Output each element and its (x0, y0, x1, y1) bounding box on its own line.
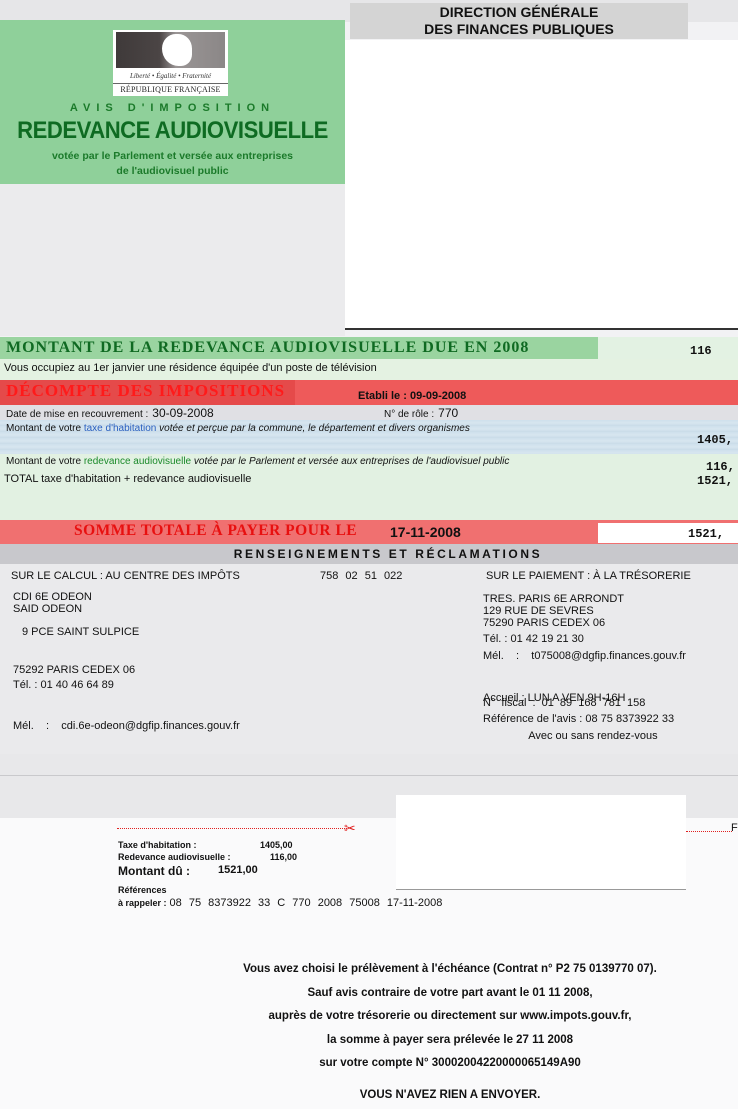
slip-redev-label: Redevance audiovisuelle : (118, 852, 231, 862)
document-subtitle: votée par le Parlement et versée aux ent… (0, 149, 345, 179)
calcul-address: 9 PCE SAINT SULPICE (22, 626, 139, 638)
notice-line-2: Sauf avis contraire de votre part avant … (180, 982, 720, 1006)
montant-label: MONTANT DE LA REDEVANCE AUDIOVISUELLE DU… (6, 339, 529, 357)
calcul-email[interactable]: Mél. : cdi.6e-odeon@dgfip.finances.gouv.… (13, 720, 240, 732)
notice-line-1: Vous avez choisi le prélèvement à l'éché… (180, 958, 720, 982)
taxe-habitation-value: 1405, (697, 433, 733, 447)
slip-montant-du: Montant dû : 1521,00 (118, 864, 190, 878)
paiement-heading: SUR LE PAIEMENT : À LA TRÉSORERIE (486, 570, 691, 582)
subtitle-line-1: votée par le Parlement et versée aux ent… (0, 149, 345, 164)
marianne-icon (116, 32, 225, 68)
calcul-heading: SUR LE CALCUL : AU CENTRE DES IMPÔTS (11, 570, 240, 582)
fold-line (0, 775, 738, 776)
taxe-habitation-keyword: taxe d'habitation (84, 423, 157, 434)
somme-totale-label: SOMME TOTALE À PAYER POUR LE (74, 522, 357, 540)
notice-nothing-to-send: VOUS N'AVEZ RIEN A ENVOYER. (180, 1089, 720, 1101)
calcul-city: 75292 PARIS CEDEX 06 (13, 664, 135, 676)
slip-references: à rappeler :08 75 8373922 33 C 770 2008 … (118, 897, 442, 909)
slip-refs-value: 08 75 8373922 33 C 770 2008 75008 17-11-… (170, 897, 443, 909)
date-mise-label: Date de mise en recouvrement : (6, 409, 148, 420)
numero-role: N° de rôle :770 (384, 406, 458, 420)
montant-bar-value-area (598, 337, 738, 359)
slip-taxe-label: Taxe d'habitation : (118, 840, 196, 850)
marianne-profile-icon (162, 34, 192, 66)
slip-refs-label: à rappeler : (118, 898, 167, 908)
address-window-blank (345, 40, 738, 330)
document-title: REDEVANCE AUDIOVISUELLE (14, 117, 331, 145)
slip-references-label: Références (118, 885, 167, 895)
paiement-email[interactable]: Mél. : t075008@dgfip.finances.gouv.fr (483, 650, 686, 662)
notice-line-4: la somme à payer sera prélevée le 27 11 … (180, 1029, 720, 1053)
paiement-hours: Accueil : LUN A VEN 9H-16H Avec ou sans … (483, 667, 658, 755)
republique-francaise-logo: Liberté • Égalité • Fraternité RÉPUBLIQU… (113, 30, 228, 96)
authority-line-2: DES FINANCES PUBLIQUES (350, 21, 688, 38)
calcul-name-line-2: SAID ODEON (13, 603, 92, 615)
calcul-name-line-1: CDI 6E ODEON (13, 591, 92, 603)
subtitle-line-2: de l'audiovisuel public (0, 164, 345, 179)
redevance-keyword: redevance audiovisuelle (84, 456, 191, 467)
date-mise-en-recouvrement: Date de mise en recouvrement :30-09-2008 (6, 406, 214, 420)
logo-republic: RÉPUBLIQUE FRANÇAISE (113, 83, 228, 94)
somme-totale-value: 1521, (688, 527, 724, 541)
numero-fiscal: N° fiscal : 01 89 168 781 158 (483, 697, 645, 709)
montant-note: Vous occupiez au 1er janvier une résiden… (4, 362, 377, 374)
taxe-habitation-suffix: votée et perçue par la commune, le dépar… (156, 423, 470, 434)
scissors-icon: ✂ (344, 820, 356, 837)
issuing-authority: DIRECTION GÉNÉRALE DES FINANCES PUBLIQUE… (350, 4, 688, 38)
slip-taxe-habitation: Taxe d'habitation : 1405,00 (118, 840, 196, 850)
slip-edge-mark: F (731, 822, 738, 834)
role-value: 770 (438, 406, 458, 420)
paiement-name-line-3: 75290 PARIS CEDEX 06 (483, 617, 624, 629)
etabli-date: Etabli le : 09-09-2008 (358, 390, 466, 402)
role-label: N° de rôle : (384, 409, 434, 420)
taxe-habitation-line: Montant de votre taxe d'habitation votée… (6, 423, 470, 434)
montant-value: 116 (690, 344, 712, 358)
somme-totale-date: 17-11-2008 (390, 524, 461, 540)
etabli-value: 09-09-2008 (410, 390, 466, 402)
total-value: 1521, (697, 474, 733, 488)
total-label: TOTAL taxe d'habitation + redevance audi… (4, 473, 251, 485)
avis-label: AVIS D'IMPOSITION (0, 102, 345, 114)
authority-line-1: DIRECTION GÉNÉRALE (350, 4, 688, 21)
slip-redev-value: 116,00 (270, 852, 297, 862)
paiement-phone: Tél. : 01 42 19 21 30 (483, 633, 584, 645)
slip-redevance: Redevance audiovisuelle : 116,00 (118, 852, 231, 862)
redevance-suffix: votée par le Parlement et versée aux ent… (191, 456, 509, 467)
cut-line-right (686, 831, 732, 832)
slip-taxe-value: 1405,00 (260, 840, 293, 850)
taxe-habitation-prefix: Montant de votre (6, 423, 84, 434)
logo-motto: Liberté • Égalité • Fraternité (113, 72, 228, 80)
cut-line (117, 828, 347, 829)
slip-window-blank (396, 795, 686, 890)
redevance-prefix: Montant de votre (6, 456, 84, 467)
paiement-hours-line-2: Avec ou sans rendez-vous (483, 730, 658, 743)
renseignements-title: RENSEIGNEMENTS ET RÉCLAMATIONS (0, 547, 738, 561)
header-lower-panel (0, 184, 345, 336)
paiement-name-line-2: 129 RUE DE SEVRES (483, 605, 624, 617)
slip-montant-label: Montant dû : (118, 864, 190, 878)
reference-avis: Référence de l'avis : 08 75 8373922 33 (483, 713, 674, 725)
calcul-office-name: CDI 6E ODEON SAID ODEON (13, 591, 92, 615)
paiement-office: TRES. PARIS 6E ARRONDT 129 RUE DE SEVRES… (483, 593, 624, 629)
paiement-name-line-1: TRES. PARIS 6E ARRONDT (483, 593, 624, 605)
date-mise-value: 30-09-2008 (152, 406, 213, 420)
redevance-value: 116, (706, 460, 735, 474)
decompte-label: DÉCOMPTE DES IMPOSITIONS (6, 381, 285, 401)
prelevement-notice: Vous avez choisi le prélèvement à l'éché… (180, 958, 720, 1076)
calcul-code: 758 02 51 022 (320, 570, 402, 582)
slip-montant-value: 1521,00 (218, 864, 258, 876)
redevance-line: Montant de votre redevance audiovisuelle… (6, 456, 509, 467)
calcul-phone: Tél. : 01 40 46 64 89 (13, 679, 114, 691)
notice-line-3: auprès de votre trésorerie ou directemen… (180, 1005, 720, 1029)
etabli-label: Etabli le : (358, 390, 407, 402)
notice-line-5: sur votre compte N° 30002004220000065149… (180, 1052, 720, 1076)
